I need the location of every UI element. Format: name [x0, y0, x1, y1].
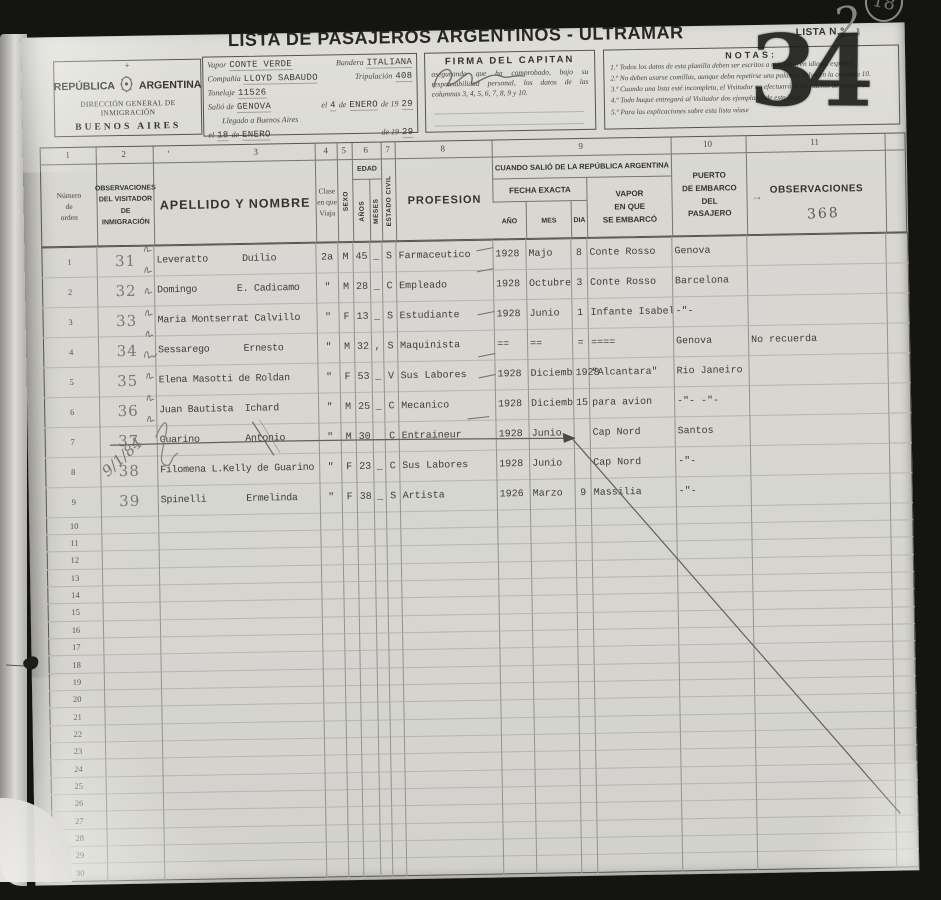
- travel-class: [322, 599, 344, 617]
- visitor-number: [106, 793, 163, 811]
- sex: [343, 529, 358, 547]
- embark-port: Santos: [675, 415, 751, 446]
- header-orden: Número de orden: [41, 164, 97, 248]
- travel-class: [323, 668, 345, 686]
- sex: [346, 737, 361, 755]
- civil-status: C: [384, 392, 399, 422]
- travel-class: 2a: [316, 243, 339, 273]
- age-months: _: [372, 362, 385, 392]
- travel-class: ": [320, 482, 343, 512]
- profession: [404, 683, 501, 702]
- sex: M: [341, 422, 357, 452]
- row-number: 25: [51, 777, 106, 795]
- row-number: 19: [49, 673, 104, 691]
- row-number: 16: [48, 621, 103, 639]
- age-years: [362, 772, 379, 790]
- embark-port: Rio Janeiro: [674, 355, 750, 386]
- embark-port: [679, 644, 754, 663]
- margin-cell: [893, 676, 915, 694]
- civil-status: C: [382, 272, 397, 302]
- margin-cell: [892, 572, 914, 590]
- observation: [749, 383, 889, 415]
- signature-rule: [434, 123, 584, 127]
- page-title: LISTA DE PASAJEROS ARGENTINOS - ULTRAMAR: [216, 22, 696, 51]
- profession: Sus Labores: [398, 360, 496, 392]
- scanned-passenger-list-page: { "page": { "title": "LISTA DE PASAJEROS…: [0, 0, 941, 900]
- row-number: 23: [50, 742, 105, 760]
- exit-ship: [597, 836, 682, 855]
- compania-value: LLOYD SABAUDO: [244, 73, 318, 85]
- sex: [345, 651, 360, 669]
- col-number: 3: [253, 147, 258, 157]
- travel-class: [322, 616, 344, 634]
- embark-port: [682, 800, 757, 819]
- exit-day: [581, 803, 597, 821]
- exit-day: [577, 612, 593, 630]
- passenger-table: 1 2 3 4 5 6 7 8 9 10 11 ' Número de orde…: [40, 132, 919, 884]
- visitor-number: [107, 810, 164, 828]
- profession: [405, 770, 502, 789]
- exit-month: [532, 612, 577, 630]
- age-years: 45: [353, 242, 371, 272]
- embark-port: -"-: [675, 445, 751, 476]
- exit-year: [500, 630, 533, 648]
- age-months: ,: [371, 332, 384, 362]
- exit-year: [501, 717, 534, 735]
- profession: [403, 666, 500, 685]
- travel-class: [324, 720, 346, 738]
- profession: [401, 527, 498, 546]
- exit-month: [536, 803, 581, 821]
- travel-class: ": [318, 363, 341, 393]
- header-clase: Clase en que Viaja: [315, 160, 338, 243]
- exit-year: [502, 752, 535, 770]
- row-number: 2: [42, 277, 98, 308]
- exit-month: Diciembre: [528, 359, 574, 390]
- exit-month: [532, 595, 577, 613]
- document-paper: LISTA DE PASAJEROS ARGENTINOS - ULTRAMAR…: [21, 22, 920, 885]
- header-edad: EDAD: [352, 160, 381, 181]
- age-years: 25: [355, 392, 373, 422]
- age-months: [378, 737, 390, 755]
- margin-cell: [892, 606, 914, 624]
- civil-status: [387, 563, 401, 581]
- margin-cell: [891, 554, 913, 572]
- immigration-office-box: + REPÚBLICA ARGENTINA DIRECCIÓN GENERAL …: [53, 59, 202, 138]
- age-years: [361, 703, 378, 721]
- profession: [404, 700, 501, 719]
- age-years: 13: [354, 302, 372, 332]
- header-meses: MESES: [369, 180, 382, 243]
- civil-status: S: [382, 242, 397, 272]
- age-years: [358, 529, 375, 547]
- age-months: [378, 720, 390, 738]
- age-years: [359, 581, 376, 599]
- sex: [345, 668, 360, 686]
- exit-ship: Conte Rosso: [587, 237, 673, 268]
- age-months: [374, 512, 386, 530]
- visitor-number: [105, 724, 162, 742]
- exit-day: [575, 508, 591, 526]
- civil-status: [391, 789, 405, 807]
- exit-year: [498, 526, 531, 544]
- visitor-number: [107, 828, 164, 846]
- sex: [348, 842, 363, 860]
- exit-month: [531, 543, 576, 561]
- sex: [349, 859, 364, 877]
- embark-port: [677, 557, 752, 576]
- age-months: [380, 806, 392, 824]
- visitor-number: [104, 637, 161, 655]
- col-number: 2: [121, 149, 126, 159]
- visitor-number: [107, 845, 164, 863]
- sex: [346, 720, 361, 738]
- age-months: [380, 841, 392, 859]
- margin-cell: [890, 472, 913, 502]
- age-years: [363, 841, 380, 859]
- embark-port: Genova: [672, 236, 748, 267]
- age-months: [377, 650, 389, 668]
- sex: [344, 581, 359, 599]
- exit-ship: [594, 680, 679, 699]
- travel-class: [324, 703, 346, 721]
- passenger-name: Leveratto Duilio: [154, 243, 316, 276]
- age-months: [380, 824, 392, 842]
- exit-year: [498, 561, 531, 579]
- visitor-number: 39: [101, 486, 159, 517]
- embark-port: [677, 523, 752, 542]
- exit-month: [530, 508, 575, 526]
- age-years: 23: [356, 452, 374, 482]
- exit-ship: para avion: [589, 387, 675, 418]
- row-number: 13: [47, 569, 102, 587]
- exit-day: [581, 820, 597, 838]
- age-months: [379, 772, 391, 790]
- exit-day: [577, 595, 593, 613]
- exit-year: [500, 665, 533, 683]
- exit-month: [537, 855, 582, 873]
- age-months: [379, 789, 391, 807]
- exit-day: [574, 448, 591, 478]
- embark-port: [677, 540, 752, 559]
- exit-month: [536, 838, 581, 856]
- row-number: 26: [51, 794, 106, 812]
- header-cuando-salio: CUANDO SALIÓ DE LA REPÚBLICA ARGENTINA: [492, 154, 671, 179]
- llegado-label: Llegado a Buenos Aires: [222, 115, 298, 125]
- margin-cell: [886, 233, 909, 263]
- exit-day: [580, 751, 596, 769]
- passenger-table-body: 131Leveratto Duilio2aM45_SFarmaceutico19…: [42, 233, 919, 882]
- age-years: [363, 807, 380, 825]
- row-number: 9: [46, 487, 102, 518]
- exit-year: ==: [494, 329, 528, 360]
- row-number: 14: [48, 586, 103, 604]
- sex: [343, 547, 358, 565]
- exit-ship: [593, 576, 678, 595]
- col-number: 6: [363, 145, 368, 155]
- profession: [407, 856, 504, 875]
- age-years: [358, 564, 375, 582]
- travel-class: [323, 651, 345, 669]
- de19-label: de 19: [381, 99, 399, 108]
- exit-ship: [594, 645, 679, 664]
- exit-day: [576, 560, 592, 578]
- exit-day: [579, 733, 595, 751]
- exit-ship: Conte Rosso: [587, 267, 673, 298]
- margin-cell: [888, 353, 911, 383]
- sex: [344, 599, 359, 617]
- exit-ship: [595, 732, 680, 751]
- llegado-de19-label: de 19: [381, 127, 399, 136]
- profession: Empleado: [396, 270, 494, 302]
- age-years: 38: [357, 482, 375, 512]
- direccion-label: DIRECCIÓN GENERAL DE INMIGRACIÓN: [55, 98, 201, 119]
- exit-month: [532, 578, 577, 596]
- civil-status: S: [383, 332, 398, 362]
- table-header: 1 2 3 4 5 6 7 8 9 10 11 ' Número de orde…: [40, 132, 908, 247]
- visitor-number: [102, 516, 159, 534]
- row-number: 1: [42, 247, 98, 278]
- sex: M: [338, 243, 354, 273]
- travel-class: ": [317, 303, 340, 333]
- header-anos: AÑOS: [352, 180, 370, 243]
- exit-day: 1: [572, 298, 589, 328]
- exit-ship: [598, 853, 683, 872]
- visitor-number: [103, 620, 160, 638]
- travel-class: ": [319, 422, 342, 452]
- observation: [748, 293, 888, 325]
- exit-ship: "Alcantara": [589, 357, 675, 388]
- margin-cell: [894, 693, 916, 711]
- embark-port: [680, 731, 755, 750]
- passenger-name: Guarino Antonio: [157, 423, 319, 456]
- profession: Entraineur: [399, 420, 497, 452]
- embark-port: [682, 817, 757, 836]
- exit-year: [503, 804, 536, 822]
- margin-cell: [894, 710, 916, 728]
- republica-label: REPÚBLICA: [54, 80, 115, 93]
- travel-class: ": [318, 393, 341, 423]
- exit-ship: [594, 628, 679, 647]
- sex: [347, 772, 362, 790]
- age-months: [376, 598, 388, 616]
- profession: [400, 510, 497, 529]
- margin-cell: [895, 762, 917, 780]
- circled-page-number-value: 18: [871, 0, 898, 15]
- exit-day: [579, 716, 595, 734]
- travel-class: ": [319, 452, 342, 482]
- exit-month: [533, 630, 578, 648]
- travel-class: [322, 582, 344, 600]
- exit-ship: [593, 611, 678, 630]
- salio-port: GENOVA: [237, 101, 271, 113]
- profession: Maquinista: [397, 330, 495, 362]
- exit-day: [576, 543, 592, 561]
- exit-month: Majo: [526, 239, 572, 270]
- age-years: [360, 650, 377, 668]
- signature-rule: [434, 111, 584, 115]
- age-months: [378, 685, 390, 703]
- travel-class: [327, 859, 349, 877]
- visitor-number: 33: [98, 306, 156, 337]
- row-number: 24: [51, 759, 106, 777]
- age-years: [357, 512, 374, 530]
- travel-class: [325, 790, 347, 808]
- salio-year: 29: [401, 99, 413, 110]
- exit-year: [502, 769, 535, 787]
- exit-year: 1928: [496, 449, 530, 480]
- visitor-number: [102, 550, 159, 568]
- row-number: 18: [49, 655, 104, 673]
- age-months: [376, 581, 388, 599]
- margin-cell: [895, 745, 917, 763]
- margin-cell: [887, 293, 910, 323]
- col-number: 11: [810, 137, 819, 147]
- civil-status: [392, 823, 406, 841]
- exit-month: [531, 560, 576, 578]
- visitor-number: [104, 672, 161, 690]
- age-months: _: [370, 272, 383, 302]
- embark-port: Genova: [673, 325, 749, 356]
- exit-year: 1928: [495, 359, 529, 390]
- civil-status: [390, 685, 404, 703]
- age-months: [375, 564, 387, 582]
- age-months: _: [374, 482, 387, 512]
- embark-port: -"-: [673, 296, 749, 327]
- exit-day: [580, 768, 596, 786]
- row-number: 15: [48, 603, 103, 621]
- profession: Sus Labores: [399, 450, 497, 482]
- age-years: [362, 755, 379, 773]
- header-mes: MES: [526, 201, 572, 240]
- profession: [406, 839, 503, 858]
- sex: M: [340, 392, 356, 422]
- travel-class: [325, 772, 347, 790]
- row-number: 17: [49, 638, 104, 656]
- cross-mark: +: [54, 60, 200, 72]
- exit-month: Junio: [529, 448, 575, 479]
- llegado-year: 29: [402, 127, 414, 138]
- visitor-number: 32: [97, 276, 155, 307]
- civil-status: [393, 858, 407, 876]
- passenger-table-grid: 131Leveratto Duilio2aM45_SFarmaceutico19…: [41, 232, 919, 882]
- exit-day: [578, 664, 594, 682]
- profession: [403, 648, 500, 667]
- visitor-number: [103, 602, 160, 620]
- age-years: [360, 668, 377, 686]
- exit-day: 15: [573, 388, 590, 418]
- exit-day: [576, 525, 592, 543]
- sex: F: [339, 302, 355, 332]
- margin-cell: [892, 589, 914, 607]
- exit-day: [578, 629, 594, 647]
- exit-ship: Cap Nord: [590, 417, 676, 448]
- margin-cell: [895, 780, 917, 798]
- margin-cell: [893, 624, 915, 642]
- visitor-number: [102, 533, 159, 551]
- captain-signature: [429, 60, 540, 101]
- row-number: 4: [43, 337, 99, 368]
- header-apellido-nombre: APELLIDO Y NOMBRE: [153, 161, 316, 247]
- exit-ship: [596, 749, 681, 768]
- exit-day: [580, 785, 596, 803]
- profession: [404, 718, 501, 737]
- age-years: [361, 737, 378, 755]
- row-number: 22: [50, 725, 105, 743]
- vapor-label: Vapor: [207, 60, 226, 69]
- exit-month: Junio: [527, 299, 573, 330]
- margin-cell: [886, 263, 909, 293]
- exit-month: Marzo: [530, 478, 576, 509]
- observation: [747, 233, 887, 265]
- civil-status: [390, 719, 404, 737]
- age-years: 53: [355, 362, 373, 392]
- civil-status: [389, 667, 403, 685]
- age-years: [363, 824, 380, 842]
- age-months: [375, 546, 387, 564]
- civil-status: [388, 615, 402, 633]
- row-number: 12: [47, 551, 102, 569]
- civil-status: [389, 633, 403, 651]
- civil-status: [389, 650, 403, 668]
- exit-year: [502, 786, 535, 804]
- el-label: el: [321, 100, 327, 109]
- exit-day: 9: [575, 478, 592, 508]
- header-ano: AÑO: [493, 202, 527, 241]
- exit-ship: [593, 593, 678, 612]
- exit-year: 1928: [495, 389, 529, 420]
- sex: F: [340, 362, 356, 392]
- civil-status: [390, 737, 404, 755]
- embark-port: [683, 852, 758, 871]
- profession: [403, 631, 500, 650]
- travel-class: [326, 824, 348, 842]
- exit-year: [498, 544, 531, 562]
- visitor-number: [104, 654, 161, 672]
- sex: F: [341, 452, 357, 482]
- age-months: [381, 858, 393, 876]
- profession: [402, 596, 499, 615]
- age-years: [362, 789, 379, 807]
- margin-cell: [891, 520, 913, 538]
- passenger-name: Sessarego Ernesto: [155, 333, 317, 366]
- exit-ship: [592, 524, 677, 543]
- age-months: [377, 633, 389, 651]
- age-months: [375, 529, 387, 547]
- embark-port: [679, 679, 754, 698]
- bandera-value: ITALIANA: [366, 57, 412, 69]
- header-dia: DIA: [571, 201, 588, 239]
- margin-cell: [890, 502, 912, 520]
- row-number: 6: [44, 397, 100, 428]
- embark-port: [679, 627, 754, 646]
- exit-ship: Infante Isabel: [588, 297, 674, 328]
- civil-status: S: [386, 481, 401, 511]
- visitor-number: [105, 741, 162, 759]
- exit-day: 3: [571, 268, 588, 298]
- exit-month: [535, 768, 580, 786]
- age-years: [360, 633, 377, 651]
- age-months: [378, 702, 390, 720]
- age-months: _: [372, 392, 385, 422]
- age-years: [359, 616, 376, 634]
- header-observaciones: OBSERVACIONES 368 →: [746, 151, 886, 236]
- observation: [750, 443, 890, 475]
- exit-year: [503, 839, 536, 857]
- embark-port: [681, 783, 756, 802]
- embark-port: [681, 748, 756, 767]
- visitor-number: [103, 585, 160, 603]
